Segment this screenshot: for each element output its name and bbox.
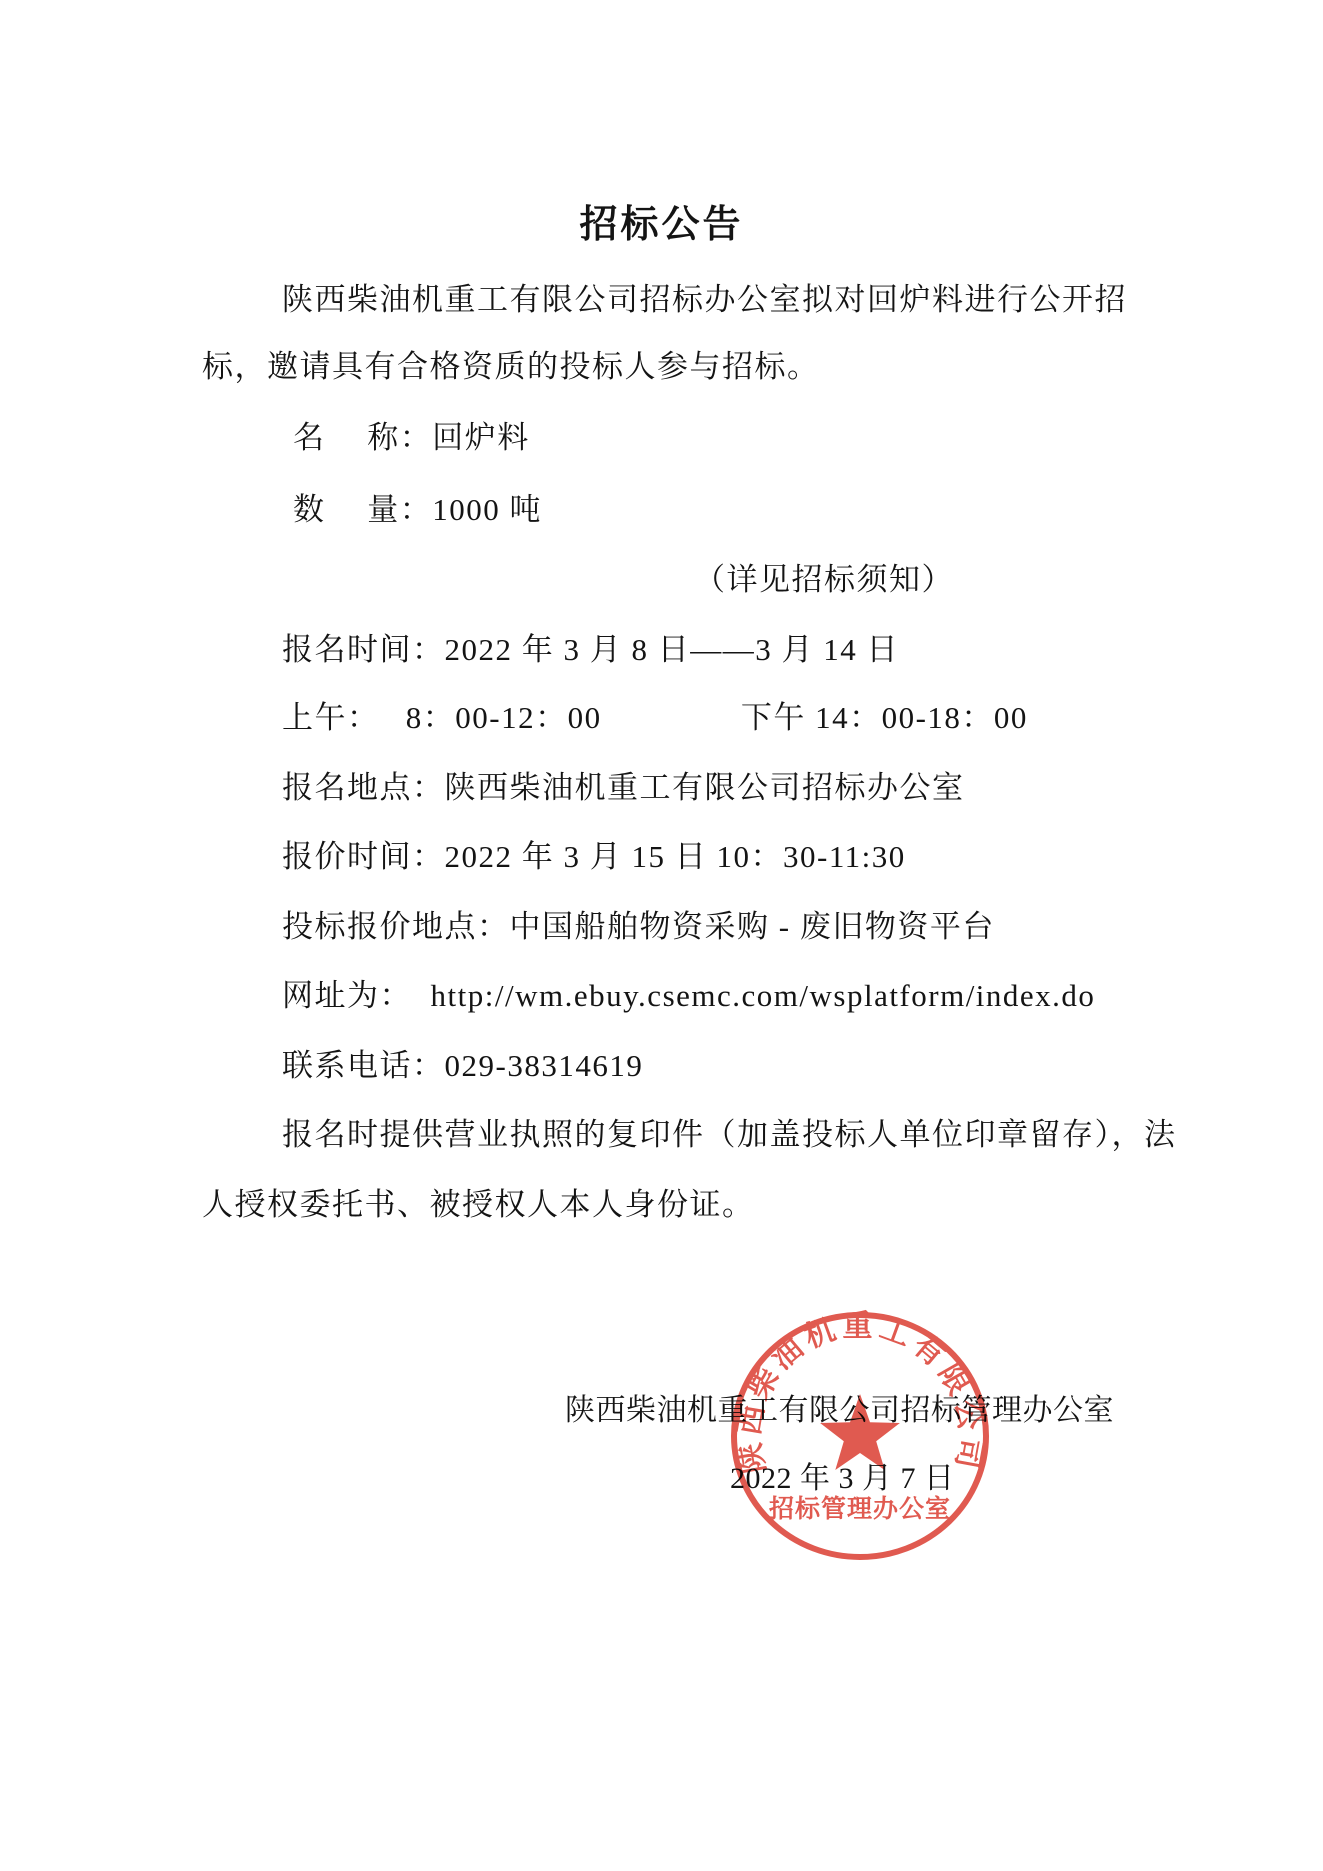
tender-announcement-page: 招标公告 陕西柴油机重工有限公司招标办公室拟对回炉料进行公开招 标，邀请具有合格…	[0, 0, 1323, 1871]
company-seal: 陕西柴油机重工有限公司 招标管理办公室	[724, 1306, 996, 1568]
field-quantity: 数 量：1000 吨	[293, 489, 542, 531]
field-registration-location: 报名地点：陕西柴油机重工有限公司招标办公室	[282, 767, 965, 809]
notice-line-1: 报名时提供营业执照的复印件（加盖投标人单位印章留存），法	[282, 1114, 1177, 1156]
intro-line-1: 陕西柴油机重工有限公司招标办公室拟对回炉料进行公开招	[282, 279, 1127, 321]
intro-line-2: 标，邀请具有合格资质的投标人参与招标。	[202, 346, 820, 388]
field-website-url: 网址为： http://wm.ebuy.csemc.com/wsplatform…	[282, 975, 1095, 1017]
field-contact-phone: 联系电话：029-38314619	[282, 1045, 643, 1087]
field-item-name: 名 称：回炉料	[293, 417, 530, 459]
page-title: 招标公告	[0, 193, 1323, 248]
note-see-tender-instructions: （详见招标须知）	[694, 559, 954, 601]
field-business-hours: 上午： 8：00-12：00 下午 14：00-18：00	[282, 697, 1028, 739]
field-bid-quote-location: 投标报价地点：中国船舶物资采购 - 废旧物资平台	[282, 906, 995, 948]
field-registration-time: 报名时间：2022 年 3 月 8 日——3 月 14 日	[282, 629, 899, 671]
notice-line-2: 人授权委托书、被授权人本人身份证。	[202, 1184, 755, 1226]
seal-star-icon	[820, 1394, 900, 1470]
field-quote-time: 报价时间：2022 年 3 月 15 日 10：30-11:30	[282, 836, 906, 878]
seal-office-text: 招标管理办公室	[769, 1494, 951, 1523]
